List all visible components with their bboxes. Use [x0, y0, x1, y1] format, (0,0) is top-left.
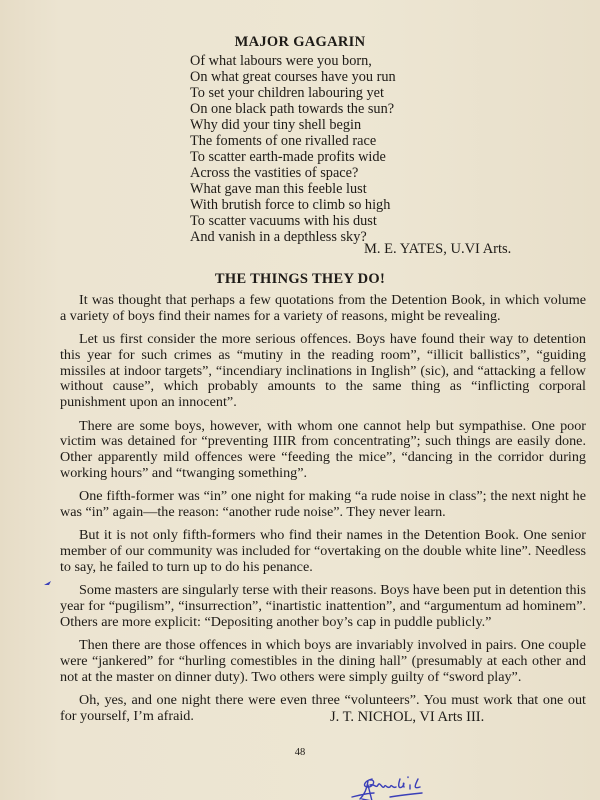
article-author: J. T. NICHOL, VI Arts III.	[330, 709, 484, 726]
ink-mark-icon	[44, 580, 52, 586]
article-paragraph: It was thought that perhaps a few quotat…	[60, 293, 586, 325]
poem-line: The foments of one rivalled race	[190, 133, 396, 149]
article-paragraph: One fifth-former was “in” one night for …	[60, 489, 586, 521]
handwritten-signature-icon	[350, 775, 440, 800]
poem-line: Of what labours were you born,	[190, 53, 396, 69]
poem-line: With brutish force to climb so high	[190, 197, 396, 213]
article-paragraph: There are some boys, however, with whom …	[60, 419, 586, 482]
article-body: It was thought that perhaps a few quotat…	[60, 293, 586, 732]
poem-line: To scatter earth-made profits wide	[190, 149, 396, 165]
poem-line: To scatter vacuums with his dust	[190, 213, 396, 229]
article-paragraph: But it is not only fifth-formers who fin…	[60, 528, 586, 575]
poem-line: To set your children labouring yet	[190, 85, 396, 101]
poem-line: Across the vastities of space?	[190, 165, 396, 181]
poem-line: Why did your tiny shell begin	[190, 117, 396, 133]
article-paragraph: Let us first consider the more serious o…	[60, 332, 586, 411]
scanned-page: MAJOR GAGARIN Of what labours were you b…	[0, 0, 600, 800]
article-paragraph: Some masters are singularly terse with t…	[60, 583, 586, 630]
poem-author: M. E. YATES, U.VI Arts.	[364, 241, 511, 258]
page-number: 48	[0, 747, 600, 758]
article-title: THE THINGS THEY DO!	[0, 271, 600, 288]
article-paragraph: Then there are those offences in which b…	[60, 638, 586, 685]
poem-body: Of what labours were you born, On what g…	[190, 53, 396, 245]
article-paragraph: Oh, yes, and one night there were even t…	[60, 693, 586, 725]
poem-line: On one black path towards the sun?	[190, 101, 396, 117]
poem-line: On what great courses have you run	[190, 69, 396, 85]
poem-line: What gave man this feeble lust	[190, 181, 396, 197]
poem-title: MAJOR GAGARIN	[0, 34, 600, 51]
